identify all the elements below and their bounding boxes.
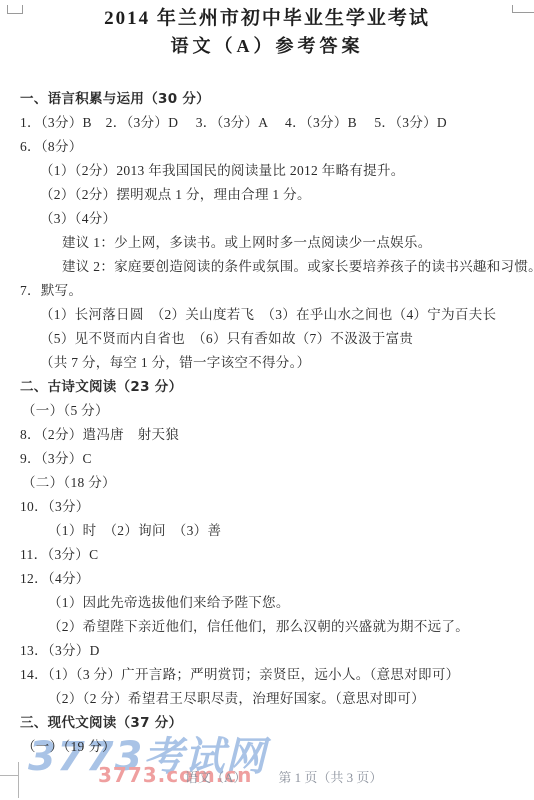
answer-line: （2）（2分）摆明观点 1 分，理由合理 1 分。 [0, 183, 534, 207]
answer-line: 1．（3分）B 2．（3分）D 3．（3分）A 4．（3分）B 5．（3分）D [0, 111, 534, 135]
document-content: 2014 年兰州市初中毕业生学业考试 语文（A）参考答案 一、语言积累与运用（3… [0, 6, 534, 759]
answer-line: （3）（4分） [0, 207, 534, 231]
answer-line: 8．（2分）遣冯唐 射天狼 [0, 423, 534, 447]
document-title: 2014 年兰州市初中毕业生学业考试 [0, 6, 534, 32]
answer-line: 13．（3分）D [0, 639, 534, 663]
answer-line: （2）（2 分）希望君王尽职尽责，治理好国家。（意思对即可） [0, 687, 534, 711]
answer-line: 9．（3分）C [0, 447, 534, 471]
answer-line: （共 7 分，每空 1 分，错一字该空不得分。） [0, 351, 534, 375]
answer-line: （1）因此先帝选拔他们来给予陛下您。 [0, 591, 534, 615]
document-subtitle: 语文（A）参考答案 [0, 32, 534, 60]
answer-lines: 一、语言积累与运用（30 分）1．（3分）B 2．（3分）D 3．（3分）A 4… [0, 87, 534, 759]
answer-line: 6．（8分） [0, 135, 534, 159]
answer-line: （2）希望陛下亲近他们，信任他们，那么汉朝的兴盛就为期不远了。 [0, 615, 534, 639]
answer-line: 10．（3分） [0, 495, 534, 519]
section-heading: 二、古诗文阅读（23 分） [0, 375, 534, 399]
crop-mark-bottom-left-vertical [18, 762, 19, 798]
answer-line: （一）（5 分） [0, 399, 534, 423]
answer-line: 14．（1）（3 分）广开言路；严明赏罚；亲贤臣，远小人。（意思对即可） [0, 663, 534, 687]
answer-line: （1）（2分）2013 年我国国民的阅读量比 2012 年略有提升。 [0, 159, 534, 183]
answer-line: 12．（4分） [0, 567, 534, 591]
answer-line: 11．（3分）C [0, 543, 534, 567]
footer-course: 语文（A） [185, 769, 246, 787]
answer-line: 建议 2：家庭要创造阅读的条件或氛围。或家长要培养孩子的读书兴趣和习惯。 [0, 255, 534, 279]
crop-mark-bottom-left-horizontal [0, 775, 18, 776]
answer-line: （二）（18 分） [0, 471, 534, 495]
answer-line: （5）见不贤而内自省也 （6）只有香如故（7）不汲汲于富贵 [0, 327, 534, 351]
answer-sheet-page: 3773考试网 3773.com.cn 2014 年兰州市初中毕业生学业考试 语… [0, 6, 534, 800]
answer-line: 建议 1：少上网，多读书。或上网时多一点阅读少一点娱乐。 [0, 231, 534, 255]
section-heading: 一、语言积累与运用（30 分） [0, 87, 534, 111]
section-heading: 三、现代文阅读（37 分） [0, 711, 534, 735]
answer-line: （一）（19 分） [0, 735, 534, 759]
answer-line: （1）时 （2）询问 （3）善 [0, 519, 534, 543]
page-footer: 语文（A） 第 1 页（共 3 页） [185, 769, 382, 787]
footer-page-number: 第 1 页（共 3 页） [278, 769, 382, 787]
answer-line: （1）长河落日圆 （2）关山度若飞 （3）在乎山水之间也（4）宁为百夫长 [0, 303, 534, 327]
answer-line: 7．默写。 [0, 279, 534, 303]
